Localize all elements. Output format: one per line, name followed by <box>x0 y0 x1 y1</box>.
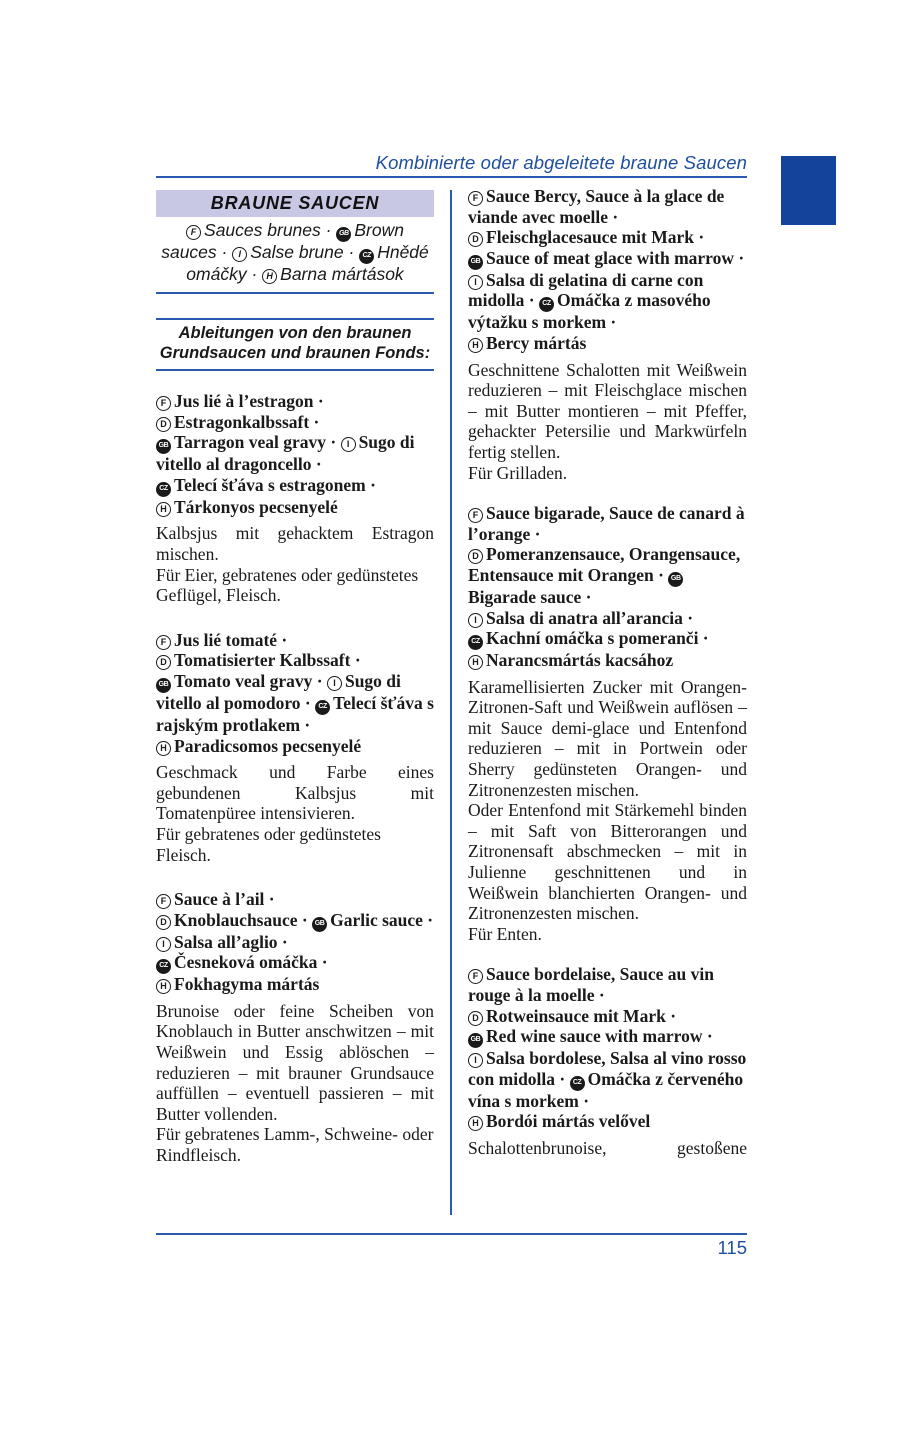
lang-badge-gb-icon: GB <box>668 572 683 587</box>
entry-names: FJus lié à l’estragon · DEstragonkalbssa… <box>156 391 434 517</box>
lang-badge-cz-icon: CZ <box>570 1076 585 1091</box>
entry-description: Karamellisierten Zucker mit Orangen-Zitr… <box>468 677 747 801</box>
lang-badge-f-icon: F <box>156 635 171 650</box>
lang-badge-h-icon: H <box>156 741 171 756</box>
right-column: FSauce Bercy, Sauce à la glace de viande… <box>468 186 747 1159</box>
subheading: Ableitungen von den braunen Grundsaucen … <box>156 320 434 369</box>
header-rule <box>156 176 747 178</box>
entry-description: Kalbsjus mit gehacktem Estragon mischen. <box>156 523 434 564</box>
lang-badge-d-icon: D <box>468 232 483 247</box>
lang-badge-f-icon: F <box>468 508 483 523</box>
entry-names: FJus lié tomaté · DTomatisierter Kalbssa… <box>156 630 434 756</box>
lang-badge-h-icon: H <box>156 979 171 994</box>
lang-badge-h-icon: H <box>156 502 171 517</box>
lang-badge-i-icon: I <box>468 1053 483 1068</box>
lang-badge-d-icon: D <box>156 417 171 432</box>
lang-badge-gb-icon: GB <box>312 917 327 932</box>
footer-rule <box>156 1233 747 1235</box>
entry-description: Brunoise oder feine Scheiben von Knoblau… <box>156 1001 434 1125</box>
entry-usage: Für gebratenes Lamm-, Schweine- oder Rin… <box>156 1124 434 1165</box>
recipe-entry-estragon: FJus lié à l’estragon · DEstragonkalbssa… <box>156 391 434 606</box>
lang-badge-f-icon: F <box>156 396 171 411</box>
entry-names: FSauce à l’ail · DKnoblauchsauce · GBGar… <box>156 889 434 995</box>
recipe-entry-bercy: FSauce Bercy, Sauce à la glace de viande… <box>468 186 747 483</box>
lang-badge-gb-icon: GB <box>156 439 171 454</box>
lang-badge-gb-icon: GB <box>468 1033 483 1048</box>
lang-badge-cz-icon: CZ <box>468 635 483 650</box>
lang-badge-i-icon: I <box>327 676 342 691</box>
lang-badge-i-icon: I <box>468 275 483 290</box>
lang-badge-h-icon: H <box>262 269 277 284</box>
entry-names: FSauce bordelaise, Sauce au vin rouge à … <box>468 964 747 1132</box>
lang-badge-gb-icon: GB <box>156 678 171 693</box>
entry-description: Schalottenbrunoise, gestoßene <box>468 1138 747 1159</box>
page-number: 115 <box>656 1237 747 1259</box>
entry-description: Geschmack und Farbe eines gebundenen Kal… <box>156 762 434 824</box>
lang-badge-gb-icon: GB <box>336 227 351 242</box>
lang-badge-i-icon: I <box>341 437 356 452</box>
lang-badge-i-icon: I <box>232 247 247 262</box>
lang-badge-h-icon: H <box>468 655 483 670</box>
lang-badge-cz-icon: CZ <box>539 297 554 312</box>
lang-badge-gb-icon: GB <box>468 255 483 270</box>
left-column: BRAUNE SAUCEN FSauces brunes · GBBrown s… <box>156 190 434 1166</box>
entry-description-alt: Oder Entenfond mit Stärkemehl binden – m… <box>468 800 747 924</box>
lang-badge-d-icon: D <box>468 1011 483 1026</box>
recipe-entry-bordelaise: FSauce bordelaise, Sauce au vin rouge à … <box>468 964 747 1158</box>
section-translations: FSauces brunes · GBBrown sauces · ISalse… <box>156 217 434 292</box>
recipe-entry-tomate: FJus lié tomaté · DTomatisierter Kalbssa… <box>156 630 434 865</box>
lang-badge-i-icon: I <box>156 937 171 952</box>
lang-badge-cz-icon: CZ <box>156 959 171 974</box>
lang-badge-cz-icon: CZ <box>315 700 330 715</box>
recipe-entry-bigarade: FSauce bigarade, Sauce de canard à l’ora… <box>468 503 747 944</box>
lang-badge-cz-icon: CZ <box>359 249 374 264</box>
column-divider <box>450 190 452 1215</box>
entry-description: Geschnittene Schalotten mit Weißwein red… <box>468 360 747 463</box>
lang-badge-f-icon: F <box>156 894 171 909</box>
entry-usage: Für Grilladen. <box>468 463 747 484</box>
lang-badge-d-icon: D <box>468 549 483 564</box>
lang-badge-f-icon: F <box>468 969 483 984</box>
lang-badge-f-icon: F <box>186 225 201 240</box>
running-header-title: Kombinierte oder abgeleitete braune Sauc… <box>156 152 747 174</box>
recipe-entry-ail: FSauce à l’ail · DKnoblauchsauce · GBGar… <box>156 889 434 1166</box>
lang-badge-d-icon: D <box>156 915 171 930</box>
lang-badge-f-icon: F <box>468 191 483 206</box>
thumb-index-tab <box>781 156 836 225</box>
lang-badge-h-icon: H <box>468 1116 483 1131</box>
lang-badge-i-icon: I <box>468 613 483 628</box>
entry-usage: Für gebratenes oder gedünstetes Fleisch. <box>156 824 434 865</box>
entry-names: FSauce Bercy, Sauce à la glace de viande… <box>468 186 747 354</box>
entry-names: FSauce bigarade, Sauce de canard à l’ora… <box>468 503 747 671</box>
entry-usage: Für Enten. <box>468 924 747 945</box>
entry-usage: Für Eier, gebratenes oder gedünstetes Ge… <box>156 565 434 606</box>
section-title: BRAUNE SAUCEN <box>156 190 434 217</box>
lang-badge-h-icon: H <box>468 338 483 353</box>
lang-badge-d-icon: D <box>156 655 171 670</box>
lang-badge-cz-icon: CZ <box>156 482 171 497</box>
